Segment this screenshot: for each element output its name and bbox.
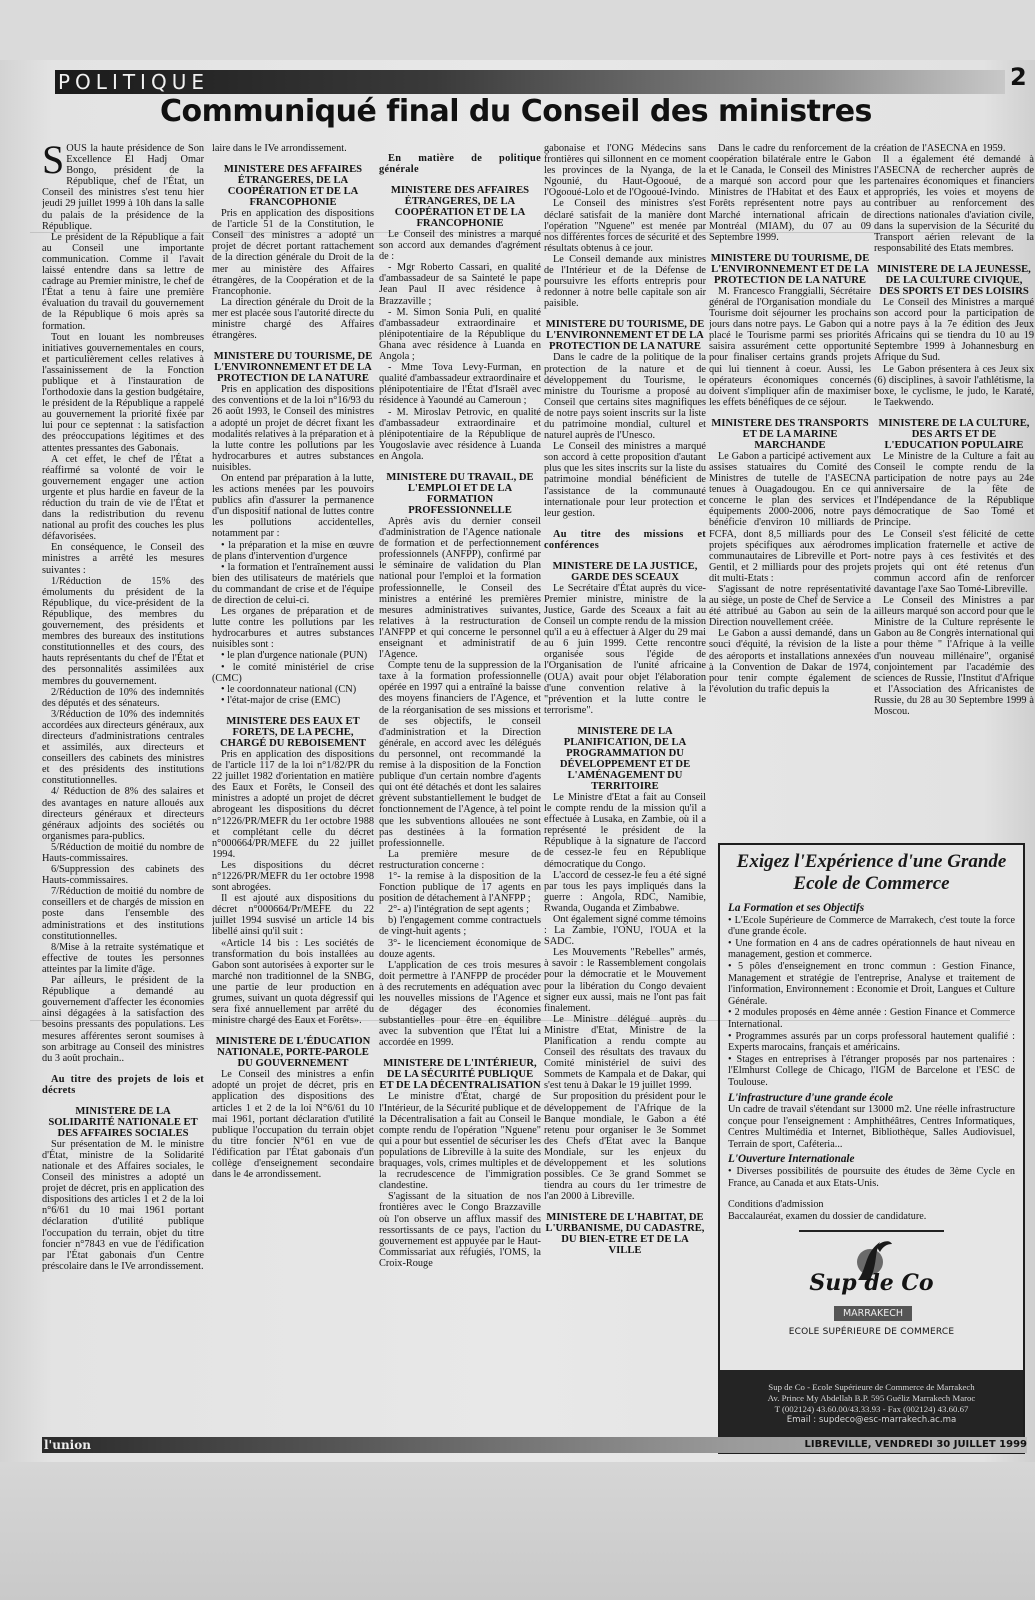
ad-bullet-item: • Une formation en 4 ans de cadres opéra… [728, 938, 1015, 961]
article-paragraph: Les organes de préparation et de lutte c… [212, 606, 374, 650]
article-paragraph: Le Conseil des ministres a enfin adopté … [212, 1069, 374, 1180]
article-paragraph: - M. Simon Sonia Puli, en qualité d'amba… [379, 307, 541, 362]
article-column-5: Dans le cadre du renforcement de la coop… [709, 143, 871, 838]
ad-contact-phone: T (002124) 43.60.00/43.33.93 - Fax (0021… [720, 1404, 1023, 1415]
ministry-heading: MINISTERE DE L'ÉDUCATION NATIONALE, PORT… [212, 1036, 374, 1069]
dateline: LIBREVILLE, VENDREDI 30 JUILLET 1999 [804, 1437, 1027, 1453]
ad-bullet-item: • 5 pôles d'enseignement en tronc commun… [728, 961, 1015, 1007]
article-paragraph: «Article 14 bis : Les sociétés de transf… [212, 938, 374, 1027]
ad-bullet-item: • Diverses possibilités de poursuite des… [728, 1166, 1015, 1189]
article-paragraph: b) l'engagement comme contractuels de vi… [379, 915, 541, 937]
article-paragraph: • le comité ministériel de crise (CMC) [212, 662, 374, 684]
article-paragraph: Le président de la République a fait au … [42, 232, 204, 332]
article-column-6: création de l'ASECNA en 1959.Il a égalem… [874, 143, 1034, 838]
article-paragraph: Le Ministre d'Etat a fait au Conseil le … [544, 792, 706, 870]
article-paragraph: Le Conseil s'est félicité de cette impli… [874, 529, 1034, 596]
ministry-heading: MINISTERE DU TRAVAIL, DE L'EMPLOI ET DE … [379, 472, 541, 516]
article-paragraph: 7/Réduction de moitié du nombre de conse… [42, 886, 204, 941]
ad-contact-email: Email : supdeco@esc-marrakech.ac.ma [720, 1415, 1023, 1426]
ad-bullet-item: • Programmes assurés par un corps profes… [728, 1031, 1015, 1054]
article-paragraph: Il a également été demandé à l'ASECNA de… [874, 154, 1034, 254]
ministry-heading: MINISTERE DES TRANSPORTS ET DE LA MARINE… [709, 418, 871, 451]
section-subheading: Au titre des projets de lois et décrets [42, 1074, 204, 1096]
article-paragraph: Le Gabon a participé activement aux assi… [709, 451, 871, 584]
article-paragraph: • la préparation et la mise en œuvre de … [212, 540, 374, 562]
ad-title-line-2: Ecole de Commerce [720, 873, 1023, 895]
ad-admission: Conditions d'admission Baccalauréat, exa… [720, 1195, 1023, 1222]
ministry-heading: MINISTERE DES EAUX ET FORETS, DE LA PECH… [212, 716, 374, 749]
article-paragraph: 5/Réduction de moitié du nombre de Hauts… [42, 842, 204, 864]
ad-title-line-1: Exigez l'Expérience d'une Grande [720, 851, 1023, 873]
ministry-heading: MINISTERE DES AFFAIRES ÉTRANGERES, DE LA… [212, 164, 374, 208]
article-paragraph: Le Conseil demande aux ministres de l'In… [544, 254, 706, 309]
article-paragraph: Dans le cadre de la politique de la prot… [544, 352, 706, 441]
ministry-heading: MINISTERE DU TOURISME, DE L'ENVIRONNEMEN… [544, 319, 706, 352]
article-paragraph: Le Ministre de la Culture a fait au Cons… [874, 451, 1034, 529]
article-paragraph: gabonaise et l'ONG Médecins sans frontiè… [544, 143, 706, 198]
article-paragraph: L'accord de cessez-le feu a été signé pa… [544, 870, 706, 914]
article-paragraph: Tout en louant les nombreuses initiative… [42, 332, 204, 454]
headline: Communiqué final du Conseil des ministre… [160, 94, 920, 129]
article-paragraph: 2°- a) l'intégration de sept agents ; [379, 904, 541, 915]
article-paragraph: • le plan d'urgence nationale (PUN) [212, 650, 374, 661]
ministry-heading: MINISTERE DE LA JUSTICE, GARDE DES SCEAU… [544, 561, 706, 583]
article-paragraph: création de l'ASECNA en 1959. [874, 143, 1034, 154]
article-paragraph: 4/ Réduction de 8% des salaires et des a… [42, 786, 204, 841]
article-paragraph: Le Conseil des ministres a marqué son ac… [379, 229, 541, 262]
article-paragraph: Sur proposition du président pour le dév… [544, 1091, 706, 1202]
ministry-heading: MINISTERE DES AFFAIRES ÉTRANGERES, DE LA… [379, 185, 541, 229]
article-column-2: laire dans le IVe arrondissement.MINISTE… [212, 143, 374, 1453]
logo-wordmark: Sup de Co [720, 1278, 1023, 1290]
article-paragraph: Le Conseil des Ministres a par ailleurs … [874, 595, 1034, 717]
article-paragraph: Pris en application des dispositions de … [212, 749, 374, 860]
article-paragraph: • l'état-major de crise (EMC) [212, 695, 374, 706]
article-paragraph: La direction générale du Droit de la mer… [212, 297, 374, 341]
article-paragraph: S'agissant de notre représentativité au … [709, 584, 871, 628]
article-paragraph: • la formation et l'entraînement aussi b… [212, 562, 374, 606]
article-column-1: SOUS la haute présidence de Son Excellen… [42, 143, 204, 1453]
article-paragraph: Compte tenu de la suppression de la taxe… [379, 660, 541, 849]
lead-text: OUS la haute présidence de Son Excellenc… [42, 143, 204, 232]
ad-admission-label: Conditions d'admission [728, 1199, 1015, 1211]
article-paragraph: En conséquence, le Conseil des ministres… [42, 542, 204, 575]
newspaper-page: POLITIQUE 2 Communiqué final du Conseil … [0, 0, 1035, 1600]
article-paragraph: 6/Suppression des cabinets des Hauts-com… [42, 864, 204, 886]
article-paragraph: Le Ministre délégué auprès du Ministre d… [544, 1014, 706, 1092]
ministry-heading: MINISTERE DU TOURISME, DE L'ENVIRONNEMEN… [709, 253, 871, 286]
article-paragraph: Le ministre d'État, chargé de l'Intérieu… [379, 1091, 541, 1191]
article-paragraph: Les dispositions du décret n°1226/PR/MEF… [212, 860, 374, 893]
article-paragraph: • le coordonnateur national (CN) [212, 684, 374, 695]
section-label: POLITIQUE [58, 70, 209, 94]
ministry-heading: MINISTERE DE LA SOLIDARITÉ NATIONALE ET … [42, 1106, 204, 1139]
article-paragraph: Le Conseil des ministres s'est déclaré s… [544, 198, 706, 253]
page-number: 2 [1010, 63, 1027, 91]
article-paragraph: - Mgr Roberto Cassari, en qualité d'amba… [379, 262, 541, 306]
ministry-heading: MINISTERE DE LA CULTURE, DES ARTS ET DE … [874, 418, 1034, 451]
article-paragraph: 8/Mise à la retraite systématique et eff… [42, 942, 204, 975]
article-paragraph: S'agissant de la situation de nos fronti… [379, 1191, 541, 1269]
ad-contact-address: Av. Prince My Abdellah B.P. 595 Guéliz M… [720, 1393, 1023, 1404]
ad-bullet-item: Un cadre de travail s'étendant sur 13000… [728, 1104, 1015, 1150]
article-paragraph: L'application de ces trois mesures doit … [379, 960, 541, 1049]
ad-bullet-item: • 2 modules proposés en 4ème année : Ges… [728, 1007, 1015, 1030]
article-paragraph: 2/Réduction de 10% des indemnités des dé… [42, 687, 204, 709]
article-paragraph: M. Francesco Franggialli, Sécrétaire gén… [709, 286, 871, 408]
article-paragraph: Pris en application des dispositions de … [212, 208, 374, 297]
article-paragraph: Le Gabon présentera à ces Jeux six (6) d… [874, 364, 1034, 408]
article-paragraph: 1/Réduction de 15% des émoluments du pré… [42, 576, 204, 687]
article-paragraph: Le Conseil des ministres a marqué son ac… [544, 441, 706, 519]
ad-section-heading: La Formation et ses Objectifs [728, 903, 1015, 915]
newspaper-name: l'union [44, 1437, 91, 1453]
paper-fold-line [30, 232, 1010, 233]
article-paragraph: Le Gabon a aussi demandé, dans un souci … [709, 628, 871, 695]
scan-margin-bottom [0, 1462, 1035, 1600]
ministry-heading: MINISTERE DE LA JEUNESSE, DE LA CULTURE … [874, 264, 1034, 297]
article-paragraph: - Mme Tova Levy-Furman, en qualité d'amb… [379, 362, 541, 406]
article-paragraph: Ont également signé comme témoins : La Z… [544, 914, 706, 947]
drop-cap: S [42, 143, 64, 177]
ministry-heading: MINISTERE DE LA PLANIFICATION, DE LA PRO… [544, 726, 706, 792]
article-column-4: gabonaise et l'ONG Médecins sans frontiè… [544, 143, 706, 1453]
ad-section-heading: L'infrastructure d'une grande école [728, 1093, 1015, 1105]
paper-fold-line [30, 1020, 1010, 1021]
article-paragraph: Le Conseil des Ministres a marqué son ac… [874, 297, 1034, 364]
ministry-heading: MINISTERE DE L'HABITAT, DE L'URBANISME, … [544, 1212, 706, 1256]
logo-school-name: ECOLE SUPÉRIEURE DE COMMERCE [720, 1327, 1023, 1339]
article-paragraph: 1°- la remise à la disposition de la Fon… [379, 871, 541, 904]
logo-city-badge: MARRAKECH [834, 1306, 912, 1321]
advertisement-supdeco: Exigez l'Expérience d'une Grande Ecole d… [718, 843, 1025, 1454]
ad-body: La Formation et ses Objectifs• L'Ecole S… [720, 895, 1023, 1189]
article-paragraph: laire dans le IVe arrondissement. [212, 143, 374, 154]
scan-margin-top [0, 0, 1035, 60]
article-paragraph: Après avis du dernier conseil d'administ… [379, 516, 541, 660]
ad-admission-text: Baccalauréat, examen du dossier de candi… [728, 1211, 1015, 1223]
ministry-heading: MINISTERE DE L'INTÉRIEUR, DE LA SÉCURITÉ… [379, 1058, 541, 1091]
section-subheading: En matière de politique générale [379, 153, 541, 175]
article-paragraph: La première mesure de restructuration co… [379, 849, 541, 871]
ad-title: Exigez l'Expérience d'une Grande Ecole d… [720, 851, 1023, 895]
article-paragraph: Sur présentation de M. le ministre d'Éta… [42, 1139, 204, 1272]
section-subheading: Au titre des missions et conférences [544, 529, 706, 551]
article-column-3: En matière de politique généraleMINISTER… [379, 143, 541, 1453]
article-paragraph: Le Secrétaire d'État auprès du vice-Prem… [544, 583, 706, 716]
ad-bullet-item: • L'Ecole Supérieure de Commerce de Marr… [728, 915, 1015, 938]
article-paragraph: 3°- le licenciement économique de douze … [379, 938, 541, 960]
article-paragraph: Dans le cadre du renforcement de la coop… [709, 143, 871, 243]
article-paragraph: - M. Miroslav Petrovic, en qualité d'amb… [379, 407, 541, 462]
ad-bullet-item: • Stages en entreprises à l'étranger pro… [728, 1054, 1015, 1089]
lead-paragraph: SOUS la haute présidence de Son Excellen… [42, 143, 204, 232]
supdeco-logo: Sup de Co MARRAKECH ECOLE SUPÉRIEURE DE … [720, 1232, 1023, 1350]
article-paragraph: Il est ajouté aux dispositions du décret… [212, 893, 374, 937]
ad-contact-name: Sup de Co - Ecole Supérieure de Commerce… [720, 1382, 1023, 1393]
article-paragraph: 3/Réduction de 10% des indemnités accord… [42, 709, 204, 787]
article-paragraph: On entend par préparation à la lutte, le… [212, 473, 374, 540]
article-paragraph: Les Mouvements "Rebelles" armés, à savoi… [544, 947, 706, 1014]
article-paragraph: A cet effet, le chef de l'État a réaffir… [42, 454, 204, 543]
article-paragraph: Pris en application des dispositions des… [212, 384, 374, 473]
ministry-heading: MINISTERE DU TOURISME, DE L'ENVIRONNEMEN… [212, 351, 374, 384]
ad-section-heading: L'Ouverture Internationale [728, 1154, 1015, 1166]
